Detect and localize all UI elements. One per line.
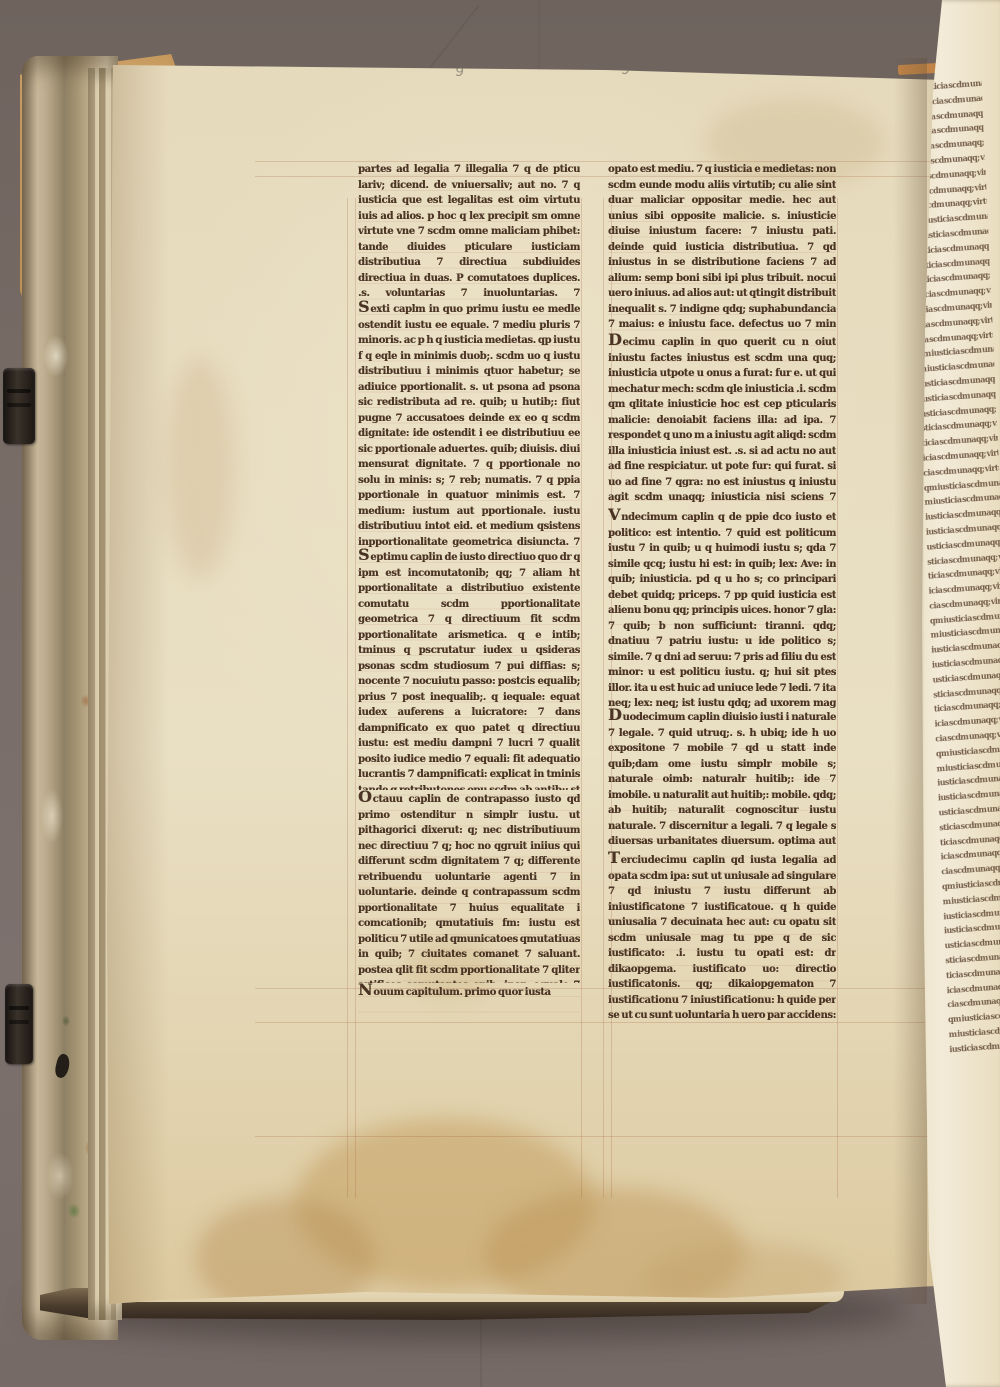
ruling-line-vertical — [355, 198, 356, 1198]
paragraph: Duodecimum caplin diuisio iusti i natura… — [608, 708, 836, 851]
paragraph: Septimu caplin de iusto directiuo quo dr… — [358, 548, 580, 790]
chapter-initial: S — [358, 300, 370, 316]
paragraph-text: uodecimum caplin diuisio iusti i natural… — [608, 712, 836, 851]
chapter-initial: S — [358, 548, 370, 564]
text-column-right: opato est mediu. 7 q iusticia e medietas… — [608, 160, 836, 1026]
chapter-initial: V — [608, 508, 621, 524]
paragraph-text: ndecimum caplin q de ppie dco iusto et p… — [608, 512, 836, 708]
paragraph: Terciudecimu caplin qd iusta legalia ad … — [608, 851, 836, 1024]
ruling-line-vertical — [837, 198, 838, 1198]
paragraph: Decimu caplin in quo querit cu n oiut in… — [608, 333, 836, 508]
paragraph-text: opato est mediu. 7 q iusticia e medietas… — [608, 164, 836, 333]
clasp-fitting-bottom — [5, 984, 33, 1064]
chapter-initial: T — [608, 851, 621, 867]
chapter-initial: O — [358, 790, 373, 806]
ruling-line-horizontal — [255, 1136, 1000, 1137]
chapter-initial: N — [358, 983, 373, 999]
chapter-initial: D — [608, 333, 623, 349]
parchment-stain — [165, 358, 235, 578]
paragraph-text: eptimu caplin de iusto directiuo quo dr … — [358, 552, 580, 790]
manuscript-photo: 9 9 partes ad legalia 7 illegalia 7 q de… — [0, 0, 1000, 1387]
paragraph: opato est mediu. 7 q iusticia e medietas… — [608, 162, 836, 333]
paragraph-text: partes ad legalia 7 illegalia 7 q de pti… — [358, 164, 580, 300]
paragraph-text: ecimu caplin in quo querit cu n oiut ini… — [608, 337, 836, 508]
paragraph-text: ctauu caplin de contrapasso iusto qd pri… — [358, 794, 580, 983]
fore-edge-shadow — [893, 58, 927, 1304]
paragraph-text: erciudecimu caplin qd iusta legalia ad o… — [608, 855, 836, 1024]
clasp-fitting-top — [3, 368, 35, 444]
paragraph-text: exti caplm in quo primu iustu ee medle o… — [358, 304, 580, 548]
paragraph-text: ouum capitulum. primo quor iusta — [373, 987, 550, 998]
text-column-left: partes ad legalia 7 illegalia 7 q de pti… — [358, 160, 580, 1026]
paragraph: partes ad legalia 7 illegalia 7 q de pti… — [358, 162, 580, 300]
paragraph: Vndecimum caplin q de ppie dco iusto et … — [608, 508, 836, 708]
paragraph: Octauu caplin de contrapasso iusto qd pr… — [358, 790, 580, 983]
chapter-initial: D — [608, 708, 623, 724]
ruling-line-vertical — [347, 198, 348, 1198]
ruling-line-vertical — [603, 198, 604, 1198]
paragraph: Nouum capitulum. primo quor iusta — [358, 983, 580, 1005]
ruling-line-vertical — [581, 198, 582, 1198]
paragraph: Sexti caplm in quo primu iustu ee medle … — [358, 300, 580, 548]
